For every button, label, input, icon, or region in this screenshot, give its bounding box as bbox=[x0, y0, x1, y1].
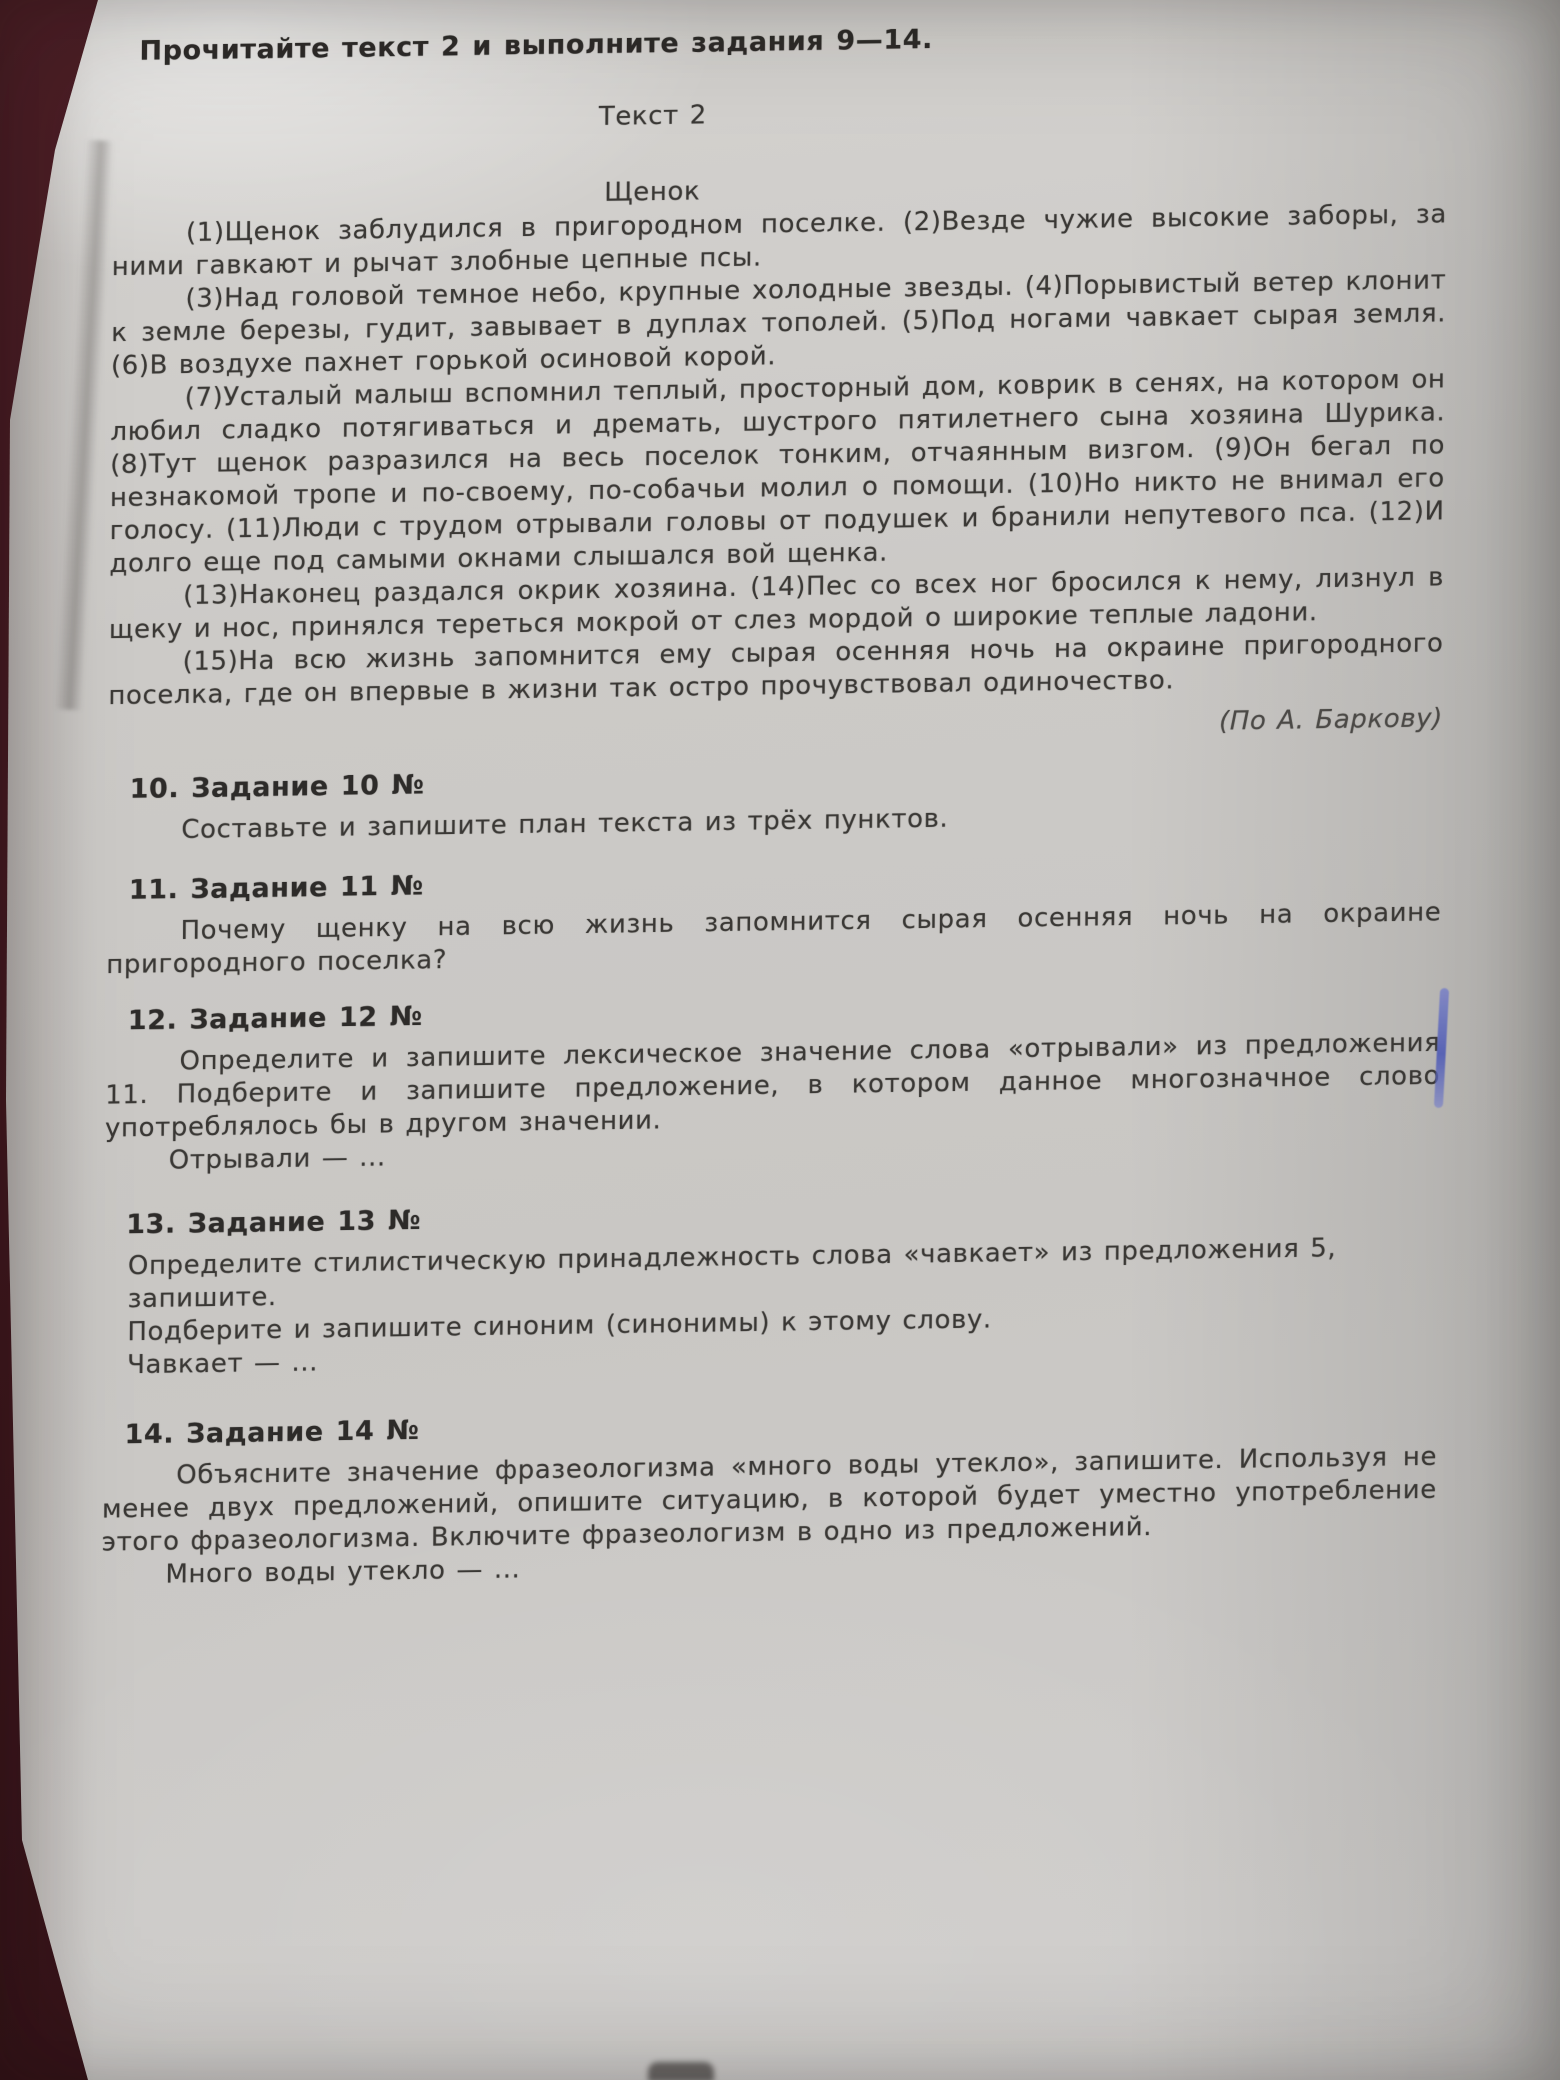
task-11: 11. Задание 11 № Почему щенку на всю жиз… bbox=[106, 855, 1442, 983]
task-10-body: Составьте и запишите план текста из трёх… bbox=[107, 796, 1442, 849]
text-label: Текст 2 bbox=[113, 92, 1193, 141]
task-11-body: Почему щенку на всю жизнь запомнится сыр… bbox=[106, 897, 1441, 983]
attribution: (По А. Баркову) bbox=[108, 702, 1443, 755]
photo-background: Прочитайте текст 2 и выполните задания 9… bbox=[0, 0, 1560, 2080]
task-10-text: Составьте и запишите план текста из трёх… bbox=[107, 796, 1442, 849]
bottom-edge-smudge bbox=[648, 2062, 714, 2080]
task-14-body: Объясните значение фразеологизма «много … bbox=[101, 1441, 1437, 1593]
task-13-body: Определите стилистическую принадлежность… bbox=[103, 1231, 1439, 1383]
task-13: 13. Задание 13 № Определите стилистическ… bbox=[103, 1189, 1439, 1383]
document-content: Прочитайте текст 2 и выполните задания 9… bbox=[101, 15, 1448, 1592]
passage-paragraph-3: (7)Усталый малыш вспомнил теплый, просто… bbox=[109, 363, 1445, 581]
task-12-body: Определите и запишите лексическое значен… bbox=[105, 1027, 1441, 1179]
task-11-text: Почему щенку на всю жизнь запомнится сыр… bbox=[106, 897, 1441, 983]
task-10: 10. Задание 10 № Составьте и запишите пл… bbox=[107, 754, 1442, 849]
passage: (1)Щенок заблудился в пригородном поселк… bbox=[108, 198, 1447, 713]
task-12: 12. Задание 12 № Определите и запишите л… bbox=[105, 985, 1441, 1179]
task-14: 14. Задание 14 № Объясните значение фраз… bbox=[101, 1399, 1437, 1593]
